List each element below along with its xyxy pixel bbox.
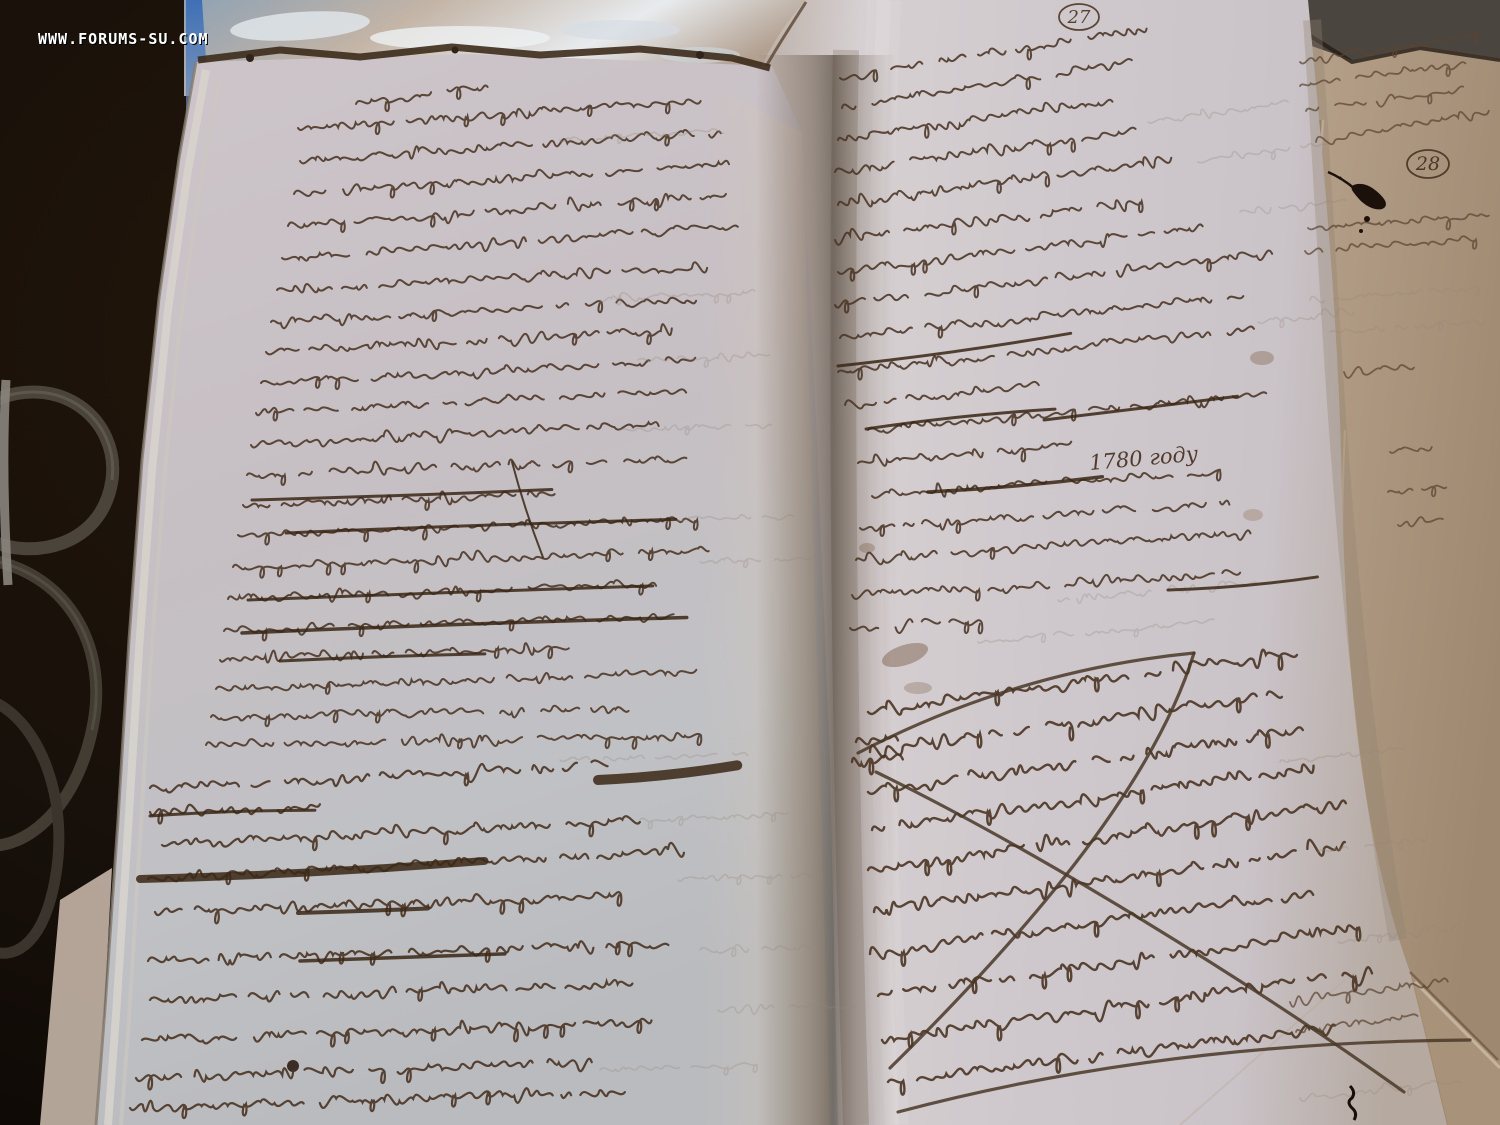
manuscript-photo: 27 28 1780 году WWW.FORUMS-SU.COM [0, 0, 1500, 1125]
torn-edge-spot [696, 51, 704, 59]
stain [904, 682, 932, 694]
sleeve-glare [560, 20, 680, 40]
stain [1250, 351, 1274, 365]
page-number-28-label: 28 [1415, 153, 1440, 175]
page-number-27-label: 27 [1067, 7, 1091, 28]
left-page [96, 47, 838, 1125]
stain [1243, 509, 1263, 521]
gutter-fold-shadow [756, 55, 896, 1125]
watermark: WWW.FORUMS-SU.COM [38, 30, 209, 48]
manuscript-photo-svg: 27 28 1780 году [0, 0, 1500, 1125]
torn-edge-spot [452, 47, 459, 54]
ink-smudge [859, 543, 875, 553]
torn-edge-spot [246, 54, 254, 62]
